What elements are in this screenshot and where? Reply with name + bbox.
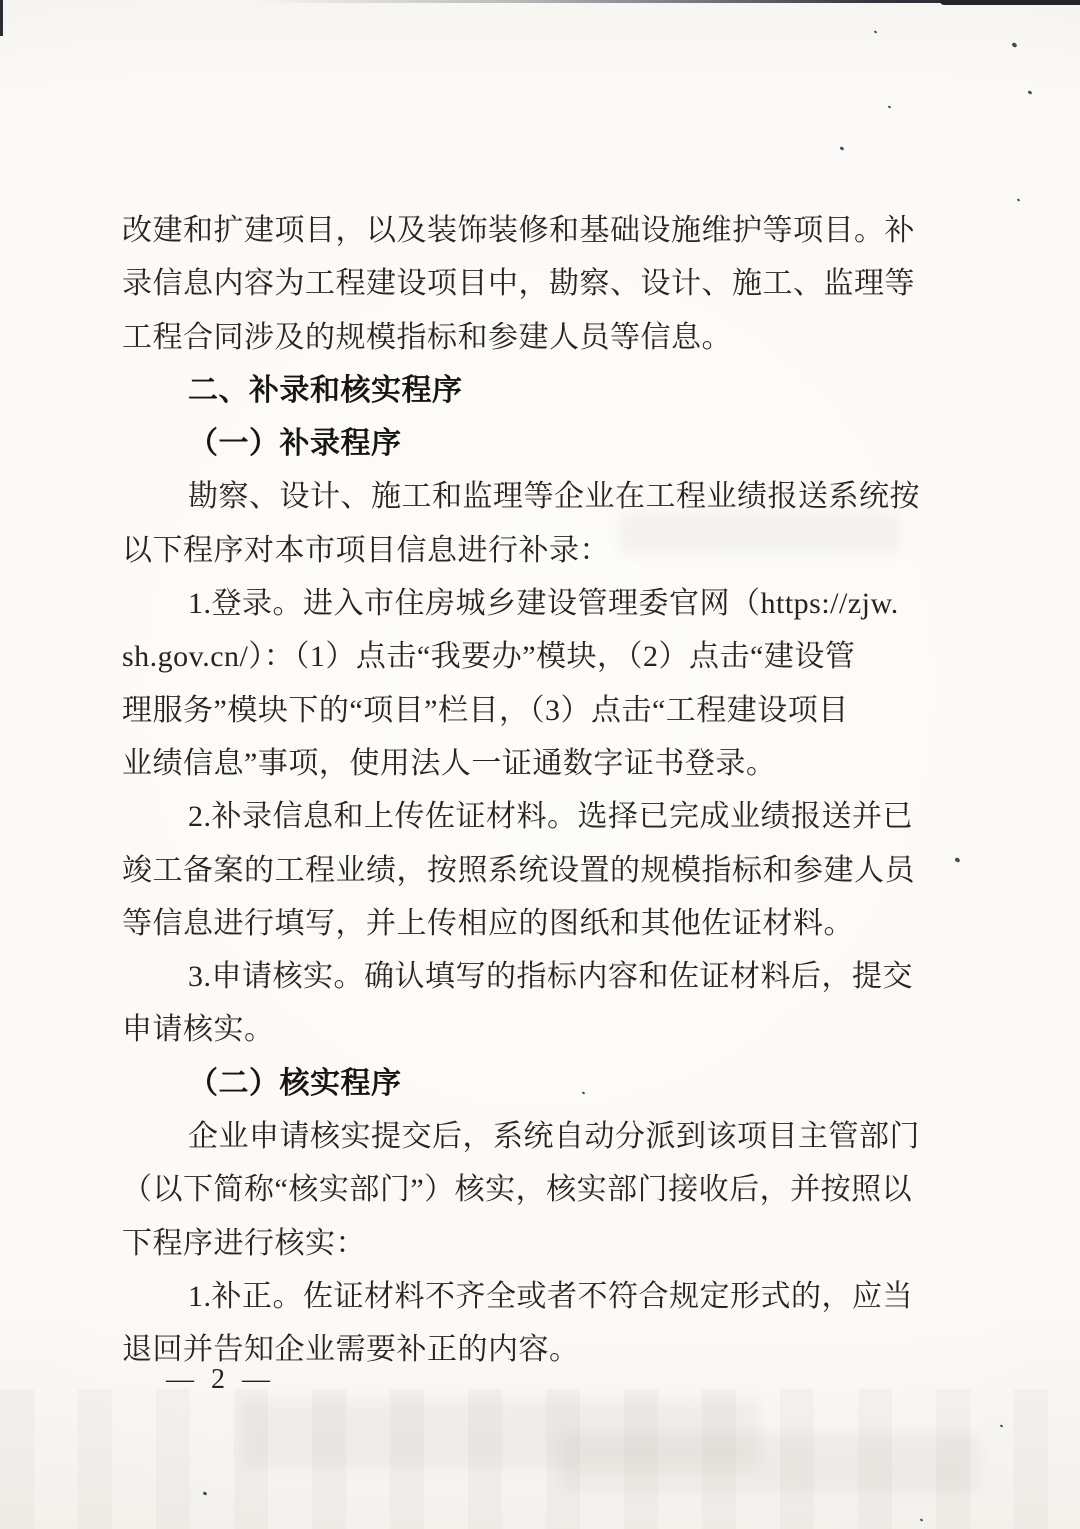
text-line: 理服务”模块下的“项目”栏目，（3）点击“工程建设项目 (122, 684, 958, 737)
text-line: 2.补录信息和上传佐证材料。选择已完成业绩报送并已 (122, 790, 958, 843)
scan-smudge (560, 1432, 980, 1492)
scan-speck (888, 105, 892, 108)
text-line: 改建和扩建项目，以及装饰装修和基础设施维护等项目。补 (122, 204, 958, 257)
text-line: 等信息进行填写，并上传相应的图纸和其他佐证材料。 (122, 897, 958, 950)
scan-edge-left (0, 0, 3, 36)
text-line: 录信息内容为工程建设项目中，勘察、设计、施工、监理等 (122, 257, 958, 310)
heading-line: （一）补录程序 (122, 417, 958, 470)
scan-speck (1017, 198, 1021, 201)
page-number: — 2 — (166, 1364, 275, 1396)
text-line: 3.申请核实。确认填写的指标内容和佐证材料后，提交 (122, 950, 958, 1003)
text-line: 下程序进行核实： (122, 1217, 958, 1270)
text-line: 1.补正。佐证材料不齐全或者不符合规定形式的，应当 (122, 1270, 958, 1323)
heading-line: （二）核实程序 (122, 1057, 958, 1110)
text-line: （以下简称“核实部门”）核实，核实部门接收后，并按照以 (122, 1163, 958, 1216)
scan-speck (203, 1491, 208, 1496)
document-body: 改建和扩建项目，以及装饰装修和基础设施维护等项目。补录信息内容为工程建设项目中，… (122, 204, 958, 1377)
scan-speck (840, 146, 845, 151)
scan-smudge (620, 512, 900, 554)
text-line: 企业申请核实提交后，系统自动分派到该项目主管部门 (122, 1110, 958, 1163)
scan-speck (920, 1518, 924, 1521)
text-line: 工程合同涉及的规模指标和参建人员等信息。 (122, 311, 958, 364)
scan-speck (1000, 1424, 1004, 1427)
scan-speck (1011, 42, 1017, 48)
text-line: 申请核实。 (122, 1003, 958, 1056)
scan-speck (874, 30, 878, 33)
text-line: 业绩信息”事项，使用法人一证通数字证书登录。 (122, 737, 958, 790)
scan-edge-top-right (940, 0, 1080, 5)
text-line: 竣工备案的工程业绩，按照系统设置的规模指标和参建人员 (122, 844, 958, 897)
text-line: 1.登录。进入市住房城乡建设管理委官网（https://zjw. (122, 577, 958, 630)
text-line: sh.gov.cn/）：（1）点击“我要办”模块，（2）点击“建设管 (122, 630, 958, 683)
document-page: 改建和扩建项目，以及装饰装修和基础设施维护等项目。补录信息内容为工程建设项目中，… (0, 0, 1080, 1529)
heading-line: 二、补录和核实程序 (122, 364, 958, 417)
scan-speck (1028, 90, 1033, 95)
